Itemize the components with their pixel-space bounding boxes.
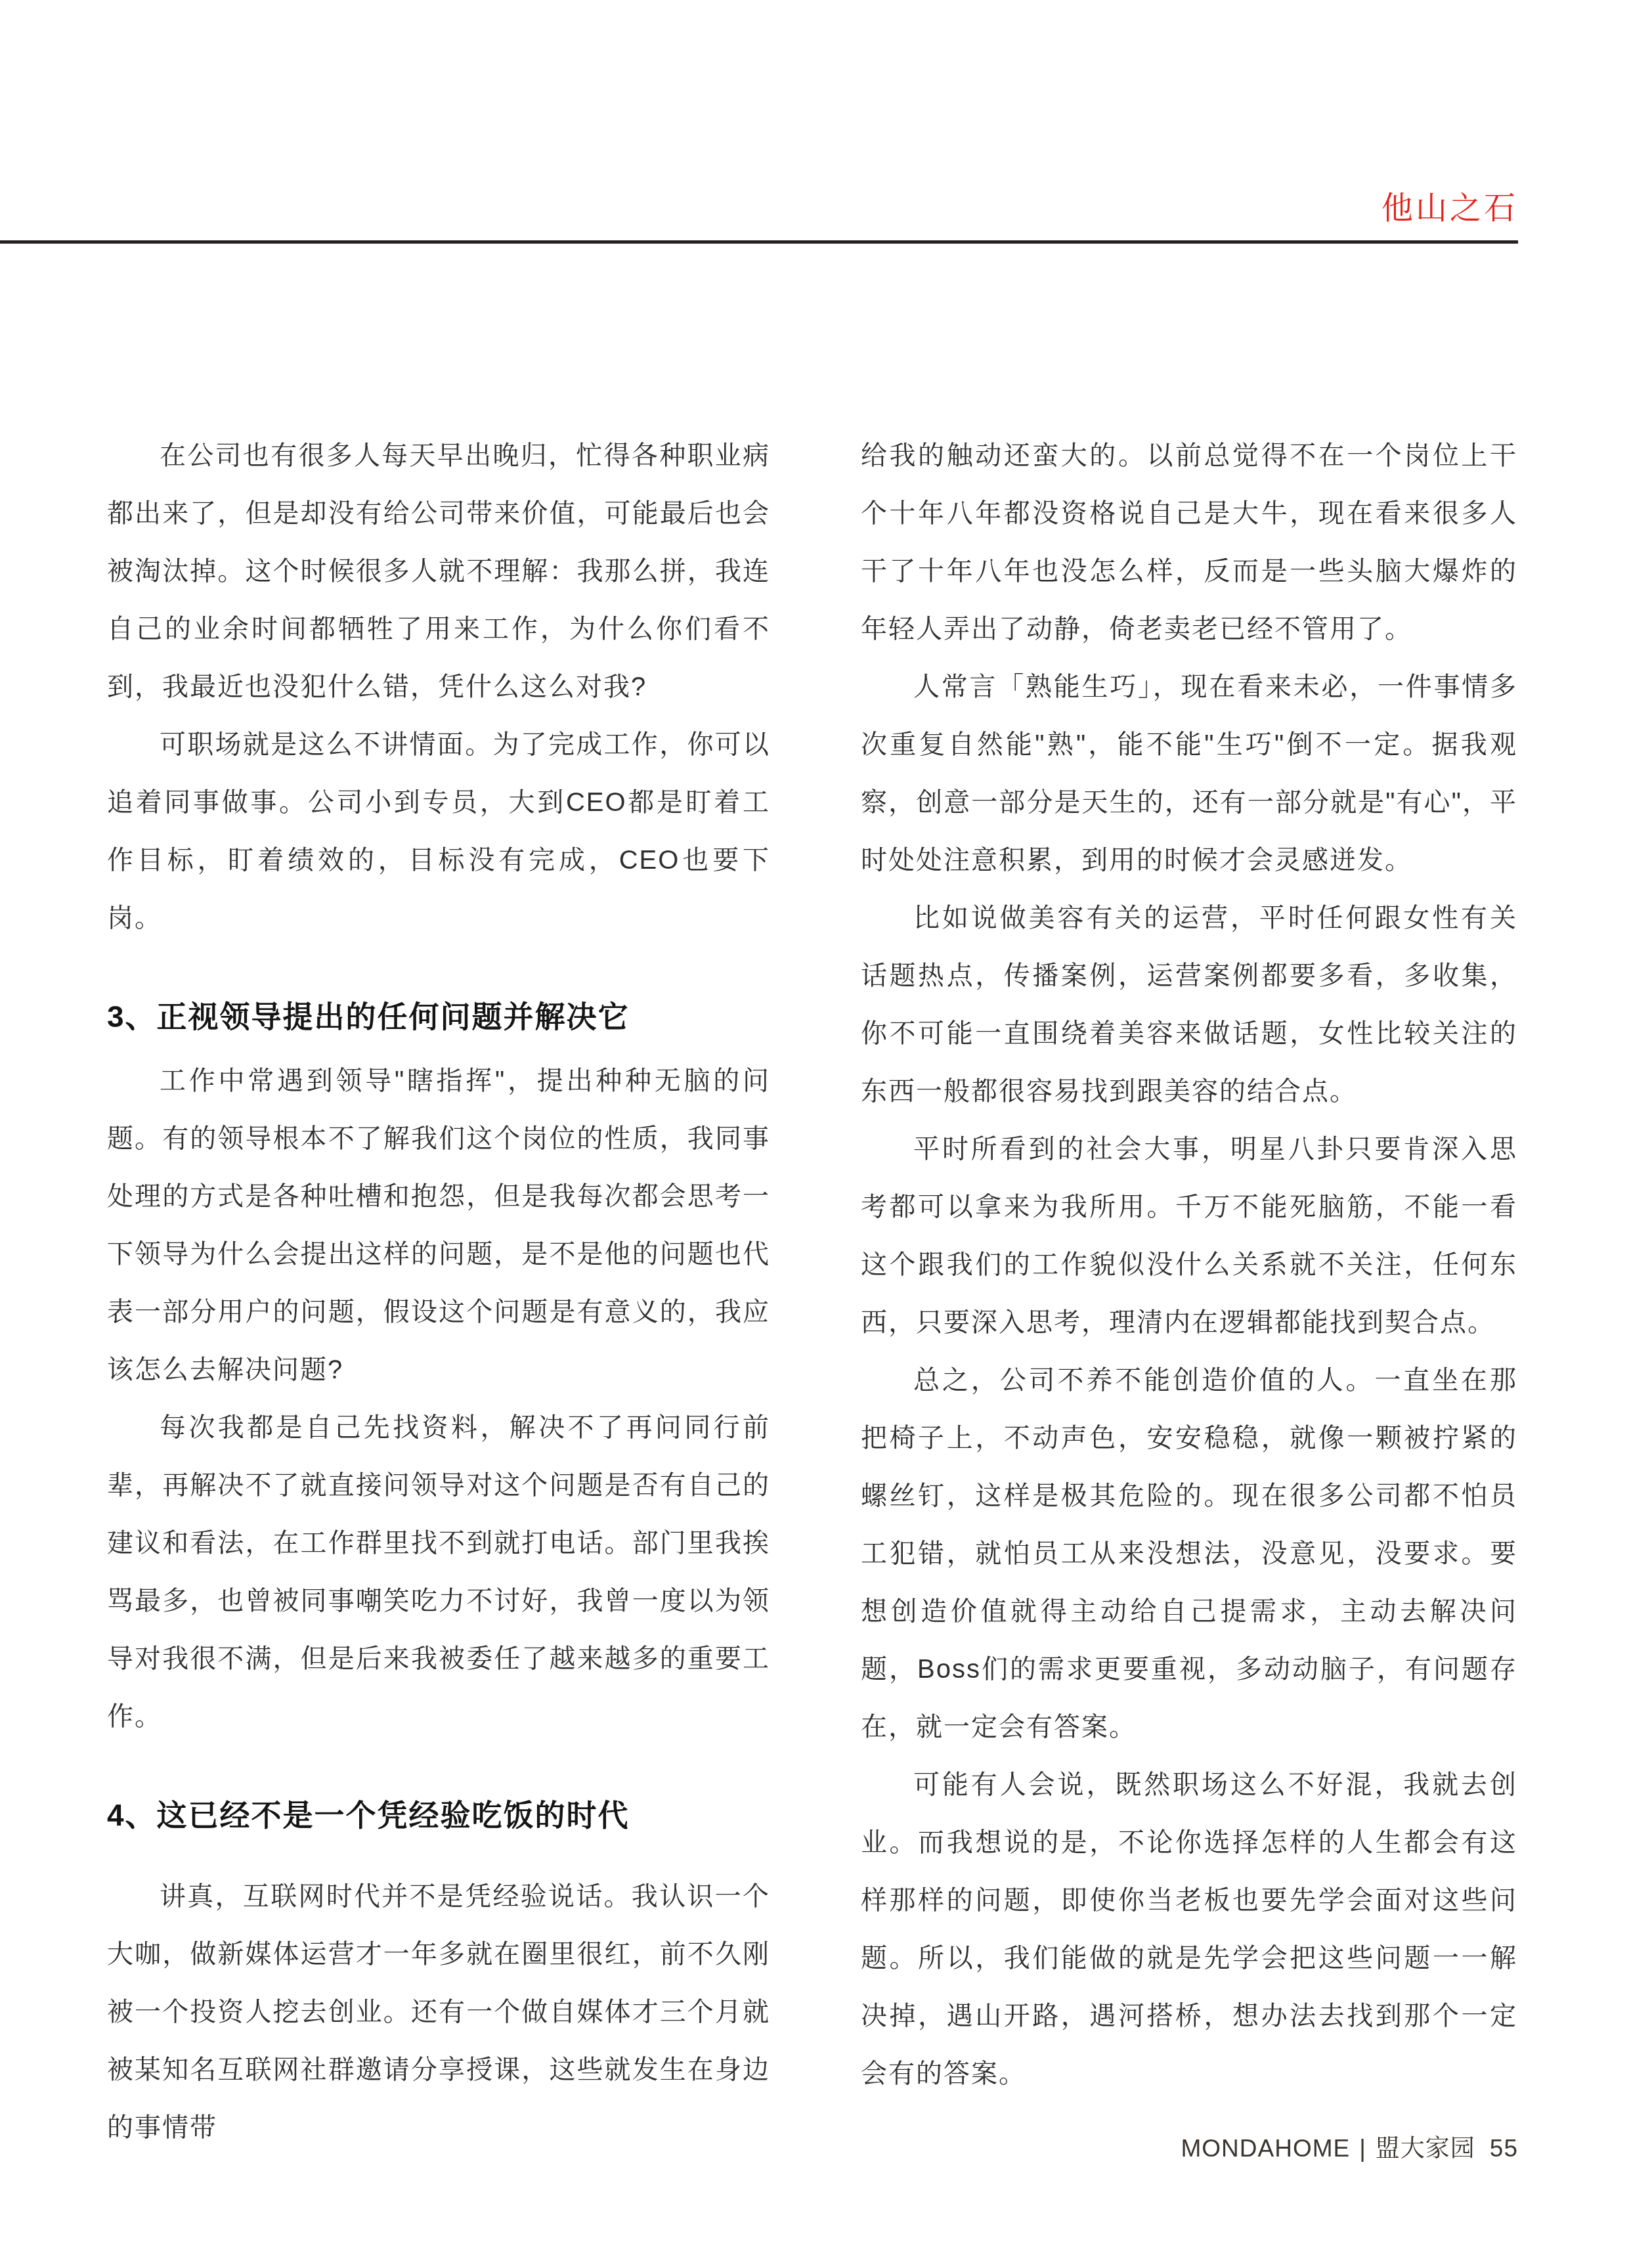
paragraph: 人常言「熟能生巧」，现在看来未必，一件事情多次重复自然能"熟"，能不能"生巧"倒…	[861, 658, 1517, 889]
text-column-right: 给我的触动还蛮大的。以前总觉得不在一个岗位上干个十年八年都没资格说自己是大牛，现…	[861, 427, 1517, 2103]
paragraph: 在公司也有很多人每天早出晚归，忙得各种职业病都出来了，但是却没有给公司带来价值，…	[107, 427, 770, 716]
footer-separator: |	[1359, 2135, 1366, 2162]
header-divider-rule	[0, 240, 1518, 244]
paragraph: 可职场就是这么不讲情面。为了完成工作，你可以追着同事做事。公司小到专员，大到CE…	[107, 716, 770, 947]
paragraph: 每次我都是自己先找资料，解决不了再问同行前辈，再解决不了就直接问领导对这个问题是…	[107, 1399, 770, 1745]
magazine-page: 他山之石 在公司也有很多人每天早出晚归，忙得各种职业病都出来了，但是却没有给公司…	[0, 0, 1652, 2257]
section-title: 他山之石	[1381, 192, 1518, 226]
paragraph: 工作中常遇到领导"瞎指挥"，提出种种无脑的问题。有的领导根本不了解我们这个岗位的…	[107, 1052, 770, 1399]
paragraph: 比如说做美容有关的运营，平时任何跟女性有关话题热点，传播案例，运营案例都要多看，…	[861, 889, 1517, 1120]
page-footer: MONDAHOME|盟大家园55	[1181, 2134, 1518, 2163]
paragraph: 总之，公司不养不能创造价值的人。一直坐在那把椅子上，不动声色，安安稳稳，就像一颗…	[861, 1351, 1517, 1756]
section-heading: 3、正视领导提出的任何问题并解决它	[107, 997, 770, 1036]
text-column-left: 在公司也有很多人每天早出晚归，忙得各种职业病都出来了，但是却没有给公司带来价值，…	[107, 427, 770, 2157]
section-heading: 4、这已经不是一个凭经验吃饭的时代	[107, 1795, 770, 1835]
paragraph: 平时所看到的社会大事，明星八卦只要肯深入思考都可以拿来为我所用。千万不能死脑筋，…	[861, 1120, 1517, 1351]
paragraph: 可能有人会说，既然职场这么不好混，我就去创业。而我想说的是，不论你选择怎样的人生…	[861, 1756, 1517, 2103]
paragraph: 讲真，互联网时代并不是凭经验说话。我认识一个大咖，做新媒体运营才一年多就在圈里很…	[107, 1868, 770, 2157]
footer-page-number: 55	[1490, 2135, 1518, 2162]
paragraph: 给我的触动还蛮大的。以前总觉得不在一个岗位上干个十年八年都没资格说自己是大牛，现…	[861, 427, 1517, 658]
footer-magazine-name: 盟大家园	[1376, 2135, 1475, 2162]
footer-brand: MONDAHOME	[1181, 2135, 1350, 2162]
